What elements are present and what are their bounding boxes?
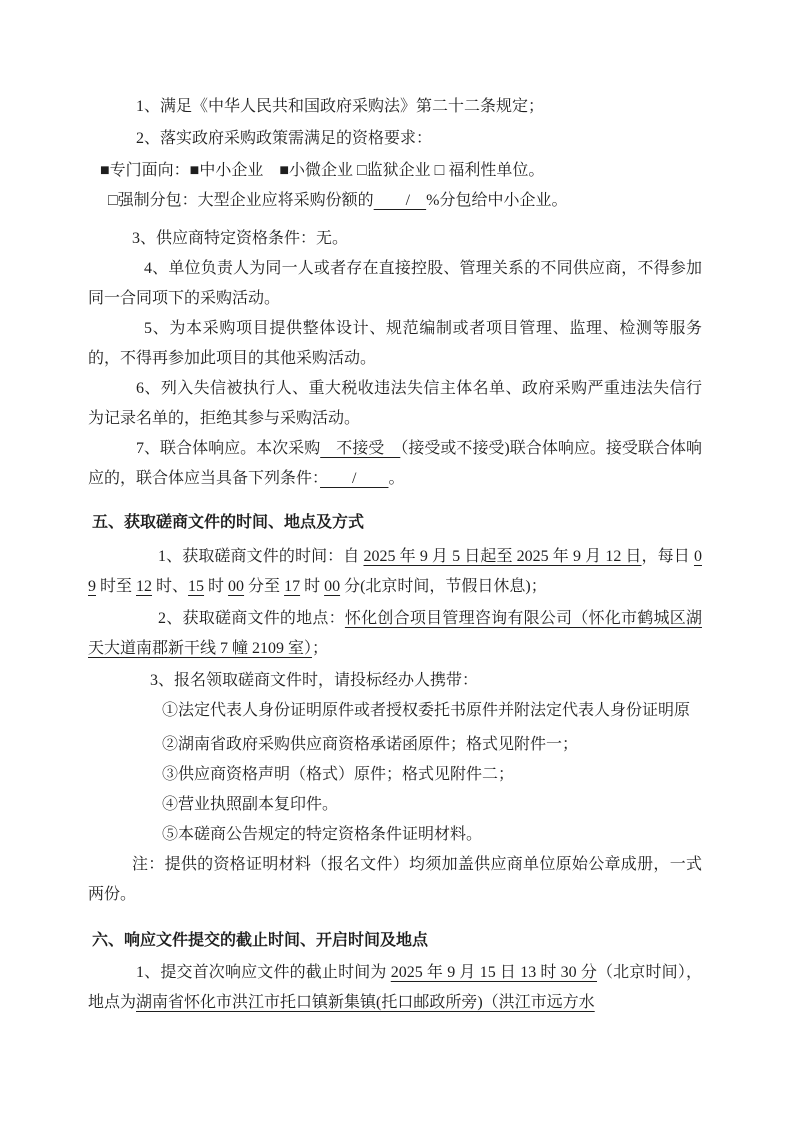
paragraph: ④营业执照副本复印件。 <box>88 790 702 820</box>
underlined-fill-in-text: 湖南省怀化市洪江市托口镇新集镇(托口邮政所旁)（洪江市远方水 <box>136 994 595 1011</box>
text-run: ，每日 <box>642 548 694 565</box>
text-run: 时至 <box>96 578 136 595</box>
text-run: ①法定代表人身份证明原件或者授权委托书原件并附法定代表人身份证明原 <box>162 702 690 719</box>
section-heading: 五、获取磋商文件的时间、地点及方式 <box>88 508 702 538</box>
paragraph: 6、列入失信被执行人、重大税收违法失信主体名单、政府采购严重违法失信行为记录名单… <box>88 374 702 434</box>
paragraph: 4、单位负责人为同一人或者存在直接控股、管理关系的不同供应商，不得参加同一合同项… <box>88 254 702 314</box>
text-run: ⑤本磋商公告规定的特定资格条件证明材料。 <box>162 826 482 843</box>
text-run: 1、满足《中华人民共和国政府采购法》第二十二条规定； <box>136 98 544 115</box>
underlined-fill-in-text: 15 <box>188 578 204 595</box>
paragraph: ②湖南省政府采购供应商资格承诺函原件；格式见附件一； <box>88 730 702 760</box>
underlined-fill-in-text: / <box>374 192 426 209</box>
text-run: 分(北京时间，节假日休息)； <box>340 578 547 595</box>
paragraph: 5、为本采购项目提供整体设计、规范编制或者项目管理、监理、检测等服务的，不得再参… <box>88 314 702 374</box>
text-run: ②湖南省政府采购供应商资格承诺函原件；格式见附件一； <box>162 736 578 753</box>
text-run: 时、 <box>152 578 188 595</box>
paragraph: 3、供应商特定资格条件：无。 <box>88 224 702 254</box>
text-run: 6、列入失信被执行人、重大税收违法失信主体名单、政府采购严重违法失信行为记录名单… <box>88 380 702 427</box>
underlined-fill-in-text: 12 <box>136 578 152 595</box>
paragraph: ■专门面向：■中小企业 ■小微企业 □监狱企业 □ 福利性单位。 <box>88 156 702 186</box>
text-run: 2、落实政府采购政策需满足的资格要求： <box>136 130 432 147</box>
document-content: 1、满足《中华人民共和国政府采购法》第二十二条规定；2、落实政府采购政策需满足的… <box>88 92 702 1018</box>
underlined-fill-in-text: 2025 年 9 月 5 日起至 2025 年 9 月 12 日 <box>364 548 642 565</box>
underlined-fill-in-text: 00 <box>228 578 244 595</box>
paragraph: ③供应商资格声明（格式）原件；格式见附件二； <box>88 760 702 790</box>
text-run: 时 <box>204 578 228 595</box>
paragraph: 注：提供的资格证明材料（报名文件）均须加盖供应商单位原始公章成册，一式两份。 <box>88 850 702 910</box>
text-run: ④营业执照副本复印件。 <box>162 796 338 813</box>
paragraph: 2、获取磋商文件的地点：怀化创合项目管理咨询有限公司（怀化市鹤城区湖天大道南郡新… <box>88 604 702 664</box>
underlined-fill-in-text: 2025 年 9 月 15 日 13 时 30 分 <box>391 964 597 981</box>
text-run: 注：提供的资格证明材料（报名文件）均须加盖供应商单位原始公章成册，一式两份。 <box>88 856 702 903</box>
text-run: 5、为本采购项目提供整体设计、规范编制或者项目管理、监理、检测等服务的，不得再参… <box>88 320 702 367</box>
paragraph: 2、落实政府采购政策需满足的资格要求： <box>88 124 702 154</box>
text-run: 7、联合体响应。本次采购 <box>136 440 320 457</box>
text-run: ③供应商资格声明（格式）原件；格式见附件二； <box>162 766 514 783</box>
text-run: 1、提交首次响应文件的截止时间为 <box>136 964 391 981</box>
paragraph: ⑤本磋商公告规定的特定资格条件证明材料。 <box>88 820 702 850</box>
document-page: 1、满足《中华人民共和国政府采购法》第二十二条规定；2、落实政府采购政策需满足的… <box>0 0 793 1122</box>
paragraph: ①法定代表人身份证明原件或者授权委托书原件并附法定代表人身份证明原 <box>88 696 702 726</box>
underlined-fill-in-text: 00 <box>324 578 340 595</box>
text-run: 2、获取磋商文件的地点： <box>158 610 345 627</box>
text-run: 六、响应文件提交的截止时间、开启时间及地点 <box>92 932 428 949</box>
text-run: 4、单位负责人为同一人或者存在直接控股、管理关系的不同供应商，不得参加同一合同项… <box>88 260 702 307</box>
paragraph: 1、满足《中华人民共和国政府采购法》第二十二条规定； <box>88 92 702 122</box>
text-run: 时 <box>300 578 324 595</box>
paragraph: 7、联合体响应。本次采购 不接受 （接受或不接受)联合体响应。接受联合体响应的，… <box>88 434 702 494</box>
underlined-fill-in-text: 17 <box>284 578 300 595</box>
text-run: ■专门面向：■中小企业 ■小微企业 □监狱企业 □ 福利性单位。 <box>100 162 544 179</box>
text-run: 分至 <box>244 578 284 595</box>
text-run: %分包给中小企业。 <box>426 192 567 209</box>
underlined-fill-in-text: / <box>320 470 388 487</box>
paragraph: 3、报名领取磋商文件时，请投标经办人携带： <box>88 666 702 696</box>
underlined-fill-in-text: 不接受 <box>320 440 400 457</box>
text-run: 1、获取磋商文件的时间：自 <box>158 548 364 565</box>
paragraph: 1、获取磋商文件的时间：自 2025 年 9 月 5 日起至 2025 年 9 … <box>88 542 702 602</box>
text-run: 。 <box>388 470 404 487</box>
text-run: 3、报名领取磋商文件时，请投标经办人携带： <box>150 672 478 689</box>
text-run: □强制分包：大型企业应将采购份额的 <box>108 192 374 209</box>
section-heading: 六、响应文件提交的截止时间、开启时间及地点 <box>88 926 702 956</box>
text-run: 3、供应商特定资格条件：无。 <box>132 230 348 247</box>
paragraph: □强制分包：大型企业应将采购份额的 / %分包给中小企业。 <box>88 186 702 216</box>
paragraph: 1、提交首次响应文件的截止时间为 2025 年 9 月 15 日 13 时 30… <box>88 958 702 1018</box>
text-run: 五、获取磋商文件的时间、地点及方式 <box>92 514 364 531</box>
text-run: ； <box>312 640 328 657</box>
